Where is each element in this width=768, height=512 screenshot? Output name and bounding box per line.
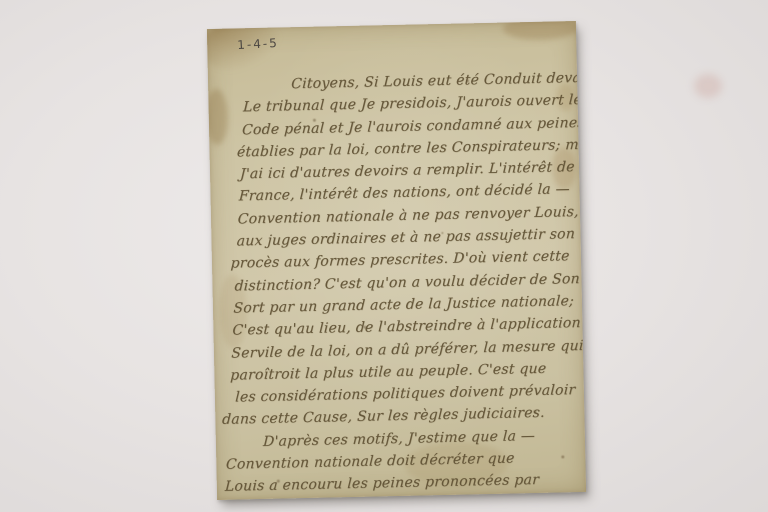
- manuscript-page: 1-4-5 Citoyens, Si Louis eut été Conduit…: [207, 21, 586, 500]
- background-stain: [694, 74, 722, 98]
- photograph-background: 1-4-5 Citoyens, Si Louis eut été Conduit…: [0, 0, 768, 512]
- archival-number: 1-4-5: [237, 36, 279, 52]
- edge-stain: [503, 21, 580, 41]
- manuscript-text: Citoyens, Si Louis eut été Conduit devan…: [207, 67, 586, 499]
